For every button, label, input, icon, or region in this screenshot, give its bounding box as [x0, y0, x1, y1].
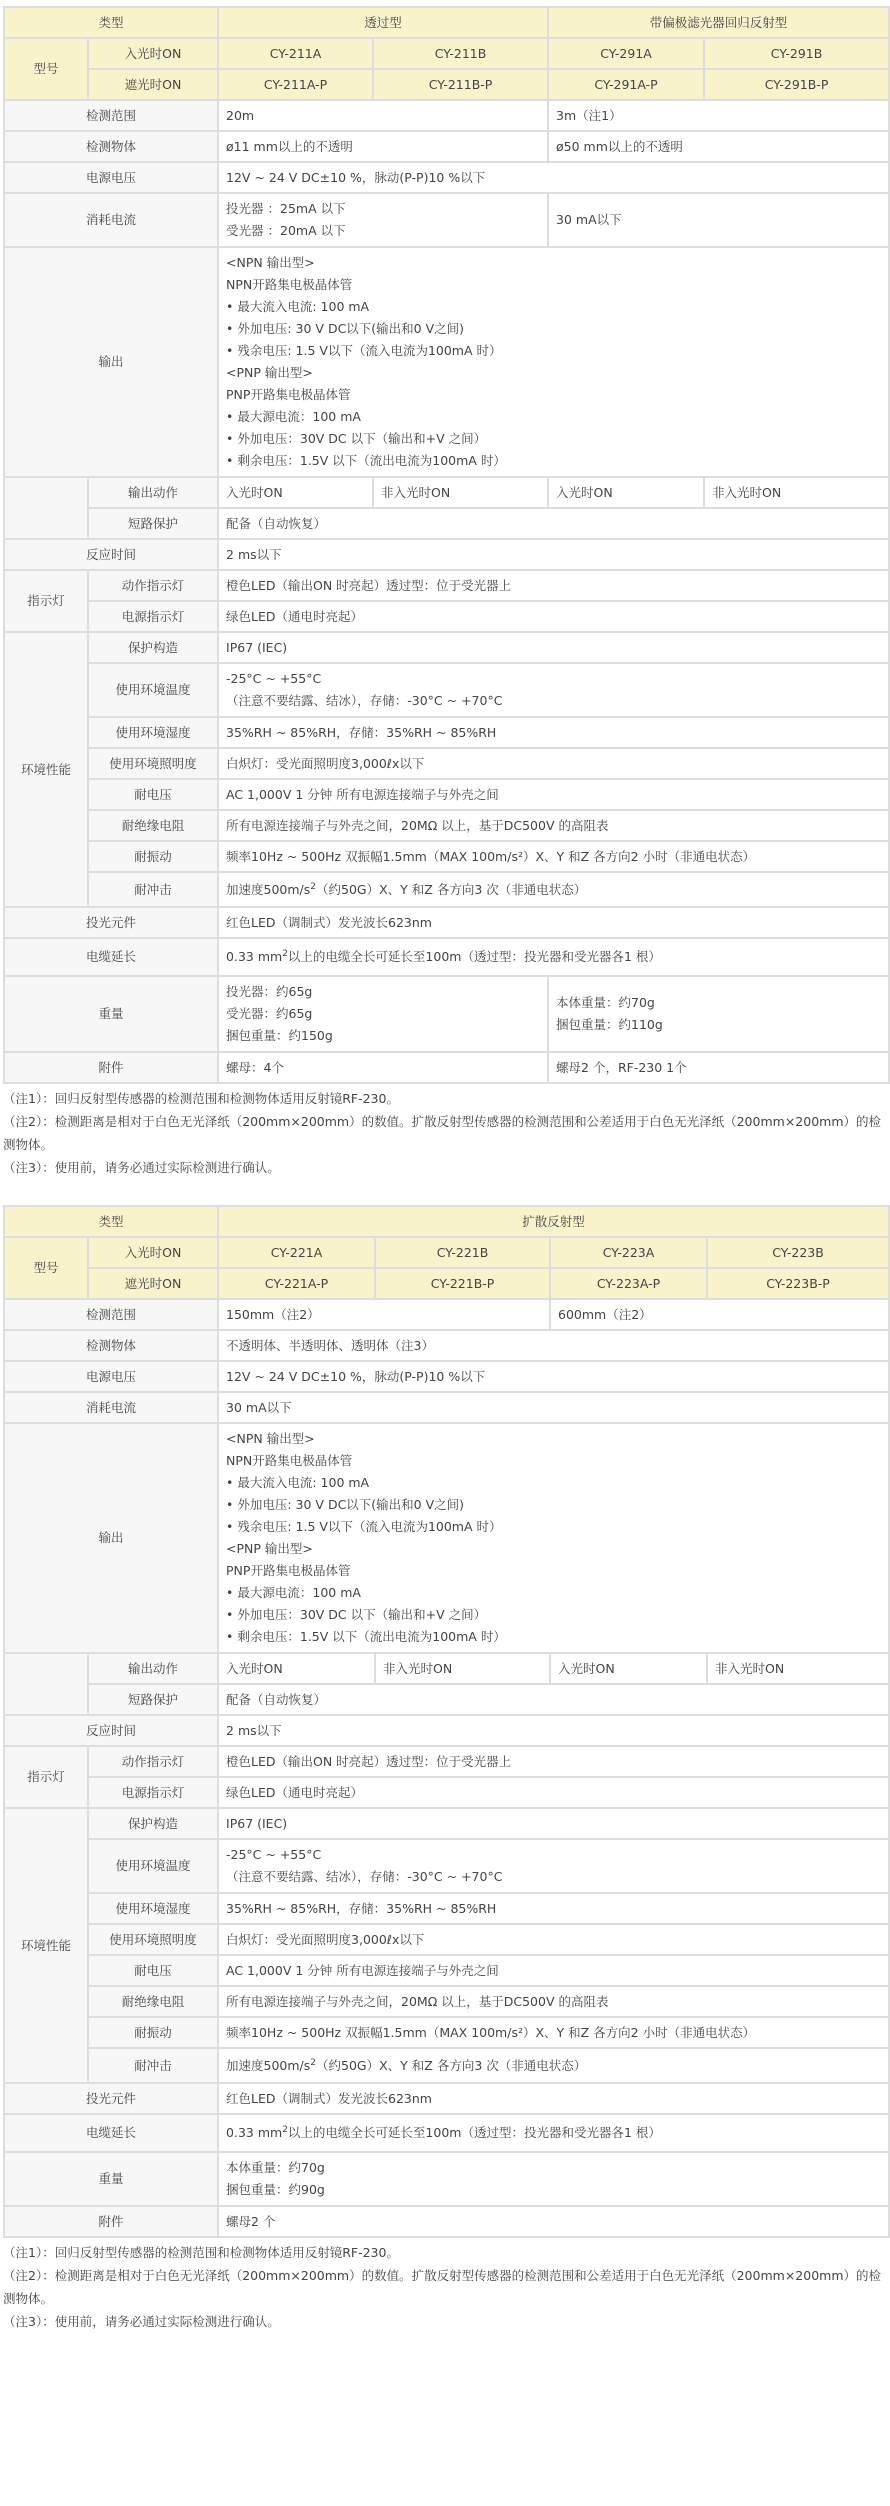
cell-value: 入光时ON	[548, 477, 704, 508]
row-label: 检测物体	[4, 131, 218, 162]
row-label: 电缆延长	[4, 938, 218, 976]
row-ambient-illuminance: 使用环境照明度 白炽灯：受光面照明度3,000ℓx以下	[4, 748, 889, 779]
row-label: 耐振动	[88, 2017, 218, 2048]
type-group-diffuse: 扩散反射型	[218, 1206, 889, 1237]
page: 类型 透过型 带偏极滤光器回归反射型 型号 入光时ON CY-211A CY-2…	[0, 0, 890, 2333]
row-label: 输出动作	[88, 1653, 218, 1684]
header-row-on-light: 型号 入光时ON CY-211A CY-211B CY-291A CY-291B	[4, 38, 889, 69]
row-label: 重量	[4, 2152, 218, 2206]
row-detection-object: 检测物体 ø11 mm以上的不透明 ø50 mm以上的不透明	[4, 131, 889, 162]
spec-table-transmissive-retroreflective: 类型 透过型 带偏极滤光器回归反射型 型号 入光时ON CY-211A CY-2…	[3, 6, 890, 1084]
cell-value: 0.33 mm2以上的电缆全长可延长至100m（透过型：投光器和受光器各1 根）	[218, 938, 889, 976]
row-label: 输出	[4, 1423, 218, 1653]
cell-value: 非入光时ON	[375, 1653, 550, 1684]
row-label: 反应时间	[4, 1715, 218, 1746]
row-label: 动作指示灯	[88, 570, 218, 601]
cell-value: 3m（注1）	[548, 100, 889, 131]
model-label: 型号	[4, 1237, 88, 1299]
model-cell: CY-211B-P	[373, 69, 548, 100]
row-label: 使用环境温度	[88, 663, 218, 717]
section-gap	[3, 1179, 888, 1205]
note-3: （注3）：使用前，请务必通过实际检测进行确认。	[3, 2310, 888, 2333]
value-text: 0.33 mm	[226, 2125, 282, 2140]
cell-value: 本体重量：约70g 捆包重量：约90g	[218, 2152, 889, 2206]
value-line: 受光器：约65g	[226, 1003, 540, 1025]
cell-value: 入光时ON	[218, 477, 373, 508]
row-emitter: 投光元件 红色LED（调制式）发光波长623nm	[4, 2083, 889, 2114]
row-label: 附件	[4, 1052, 218, 1083]
cell-value: 600mm（注2）	[550, 1299, 889, 1330]
model-cell: CY-291A	[548, 38, 704, 69]
cell-value: 入光时ON	[218, 1653, 375, 1684]
group-label-environment: 环境性能	[4, 1808, 88, 2083]
value-text: 加速度500m/s	[226, 2058, 310, 2073]
header-row-on-dark: 遮光时ON CY-211A-P CY-211B-P CY-291A-P CY-2…	[4, 69, 889, 100]
model-cell: CY-211B	[373, 38, 548, 69]
model-cell: CY-221A	[218, 1237, 375, 1268]
cell-value: 橙色LED（输出ON 时亮起）透过型：位于受光器上	[218, 1746, 889, 1777]
cell-value: 0.33 mm2以上的电缆全长可延长至100m（透过型：投光器和受光器各1 根）	[218, 2114, 889, 2152]
row-label: 电源电压	[4, 1361, 218, 1392]
cell-value: 非入光时ON	[704, 477, 889, 508]
model-cell: CY-211A-P	[218, 69, 373, 100]
type-label: 类型	[4, 1206, 218, 1237]
row-label: 使用环境湿度	[88, 1893, 218, 1924]
cell-value: 30 mA以下	[548, 193, 889, 247]
cell-value: 35%RH ~ 85%RH，存储：35%RH ~ 85%RH	[218, 1893, 889, 1924]
value-line: <PNP 输出型>	[226, 362, 881, 384]
cell-value: 20m	[218, 100, 548, 131]
cell-value: 白炽灯：受光面照明度3,000ℓx以下	[218, 1924, 889, 1955]
row-power-indicator: 电源指示灯 绿色LED（通电时亮起）	[4, 1777, 889, 1808]
model-cell: CY-211A	[218, 38, 373, 69]
cell-value: 150mm（注2）	[218, 1299, 550, 1330]
value-line: • 外加电压：30V DC 以下（输出和+V 之间）	[226, 428, 881, 450]
row-output: 输出 <NPN 输出型> NPN开路集电极晶体管 • 最大流入电流: 100 m…	[4, 1423, 889, 1653]
notes-table1: （注1）：回归反射型传感器的检测范围和检测物体适用反射镜RF-230。 （注2）…	[3, 1084, 888, 1179]
row-ambient-illuminance: 使用环境照明度 白炽灯：受光面照明度3,000ℓx以下	[4, 1924, 889, 1955]
cell-value: 加速度500m/s2（约50G）X、Y 和Z 各方向3 次（非通电状态）	[218, 2048, 889, 2083]
row-cable-extension: 电缆延长 0.33 mm2以上的电缆全长可延长至100m（透过型：投光器和受光器…	[4, 2114, 889, 2152]
row-ambient-temp: 使用环境温度 -25°C ~ +55°C （注意不要结露、结冰），存储：-30°…	[4, 663, 889, 717]
note-2: （注2）：检测距离是相对于白色无光泽纸（200mm×200mm）的数值。扩散反射…	[3, 1110, 888, 1156]
row-vibration: 耐振动 频率10Hz ~ 500Hz 双振幅1.5mm（MAX 100m/s²）…	[4, 2017, 889, 2048]
row-supply-voltage: 电源电压 12V ~ 24 V DC±10 %，脉动(P-P)10 %以下	[4, 162, 889, 193]
row-ambient-humidity: 使用环境湿度 35%RH ~ 85%RH，存储：35%RH ~ 85%RH	[4, 1893, 889, 1924]
note-2: （注2）：检测距离是相对于白色无光泽纸（200mm×200mm）的数值。扩散反射…	[3, 2264, 888, 2310]
row-label: 耐冲击	[88, 2048, 218, 2083]
row-weight: 重量 本体重量：约70g 捆包重量：约90g	[4, 2152, 889, 2206]
model-cell: CY-223B	[707, 1237, 889, 1268]
cell-value: 2 ms以下	[218, 1715, 889, 1746]
row-insulation-resistance: 耐绝缘电阻 所有电源连接端子与外壳之间，20MΩ 以上，基于DC500V 的高阻…	[4, 810, 889, 841]
value-line: • 最大流入电流: 100 mA	[226, 296, 881, 318]
cell-value: 投光器 ：25mA 以下 受光器 ：20mA 以下	[218, 193, 548, 247]
cell-value: 入光时ON	[550, 1653, 707, 1684]
row-power-indicator: 电源指示灯 绿色LED（通电时亮起）	[4, 601, 889, 632]
row-label: 使用环境照明度	[88, 748, 218, 779]
value-line: <NPN 输出型>	[226, 1428, 881, 1450]
row-shock: 耐冲击 加速度500m/s2（约50G）X、Y 和Z 各方向3 次（非通电状态）	[4, 872, 889, 907]
row-label: 电源指示灯	[88, 1777, 218, 1808]
row-label: 消耗电流	[4, 193, 218, 247]
row-label: 短路保护	[88, 508, 218, 539]
row-current-consumption: 消耗电流 投光器 ：25mA 以下 受光器 ：20mA 以下 30 mA以下	[4, 193, 889, 247]
row-insulation-resistance: 耐绝缘电阻 所有电源连接端子与外壳之间，20MΩ 以上，基于DC500V 的高阻…	[4, 1986, 889, 2017]
row-label: 消耗电流	[4, 1392, 218, 1423]
value-line: • 外加电压: 30 V DC以下(输出和0 V之间)	[226, 318, 881, 340]
row-label: 检测物体	[4, 1330, 218, 1361]
row-label: 保护构造	[88, 1808, 218, 1839]
row-label: 使用环境温度	[88, 1839, 218, 1893]
row-label: 动作指示灯	[88, 1746, 218, 1777]
row-label: 使用环境照明度	[88, 1924, 218, 1955]
cell-value: AC 1,000V 1 分钟 所有电源连接端子与外壳之间	[218, 779, 889, 810]
row-label: 电源指示灯	[88, 601, 218, 632]
row-detection-object: 检测物体 不透明体、半透明体、透明体（注3）	[4, 1330, 889, 1361]
value-line: （注意不要结露、结冰），存储：-30°C ~ +70°C	[226, 1866, 881, 1888]
row-label: 保护构造	[88, 632, 218, 663]
value-line: • 最大源电流：100 mA	[226, 1582, 881, 1604]
value-line: • 残余电压: 1.5 V以下（流入电流为100mA 时）	[226, 340, 881, 362]
type-label: 类型	[4, 7, 218, 38]
value-line: • 最大源电流：100 mA	[226, 406, 881, 428]
cell-value: 12V ~ 24 V DC±10 %，脉动(P-P)10 %以下	[218, 162, 889, 193]
model-cell: CY-223B-P	[707, 1268, 889, 1299]
cell-value: ø50 mm以上的不透明	[548, 131, 889, 162]
group-label-indicator: 指示灯	[4, 1746, 88, 1808]
cell-value: 红色LED（调制式）发光波长623nm	[218, 907, 889, 938]
row-protection: 环境性能 保护构造 IP67 (IEC)	[4, 1808, 889, 1839]
cell-value: ø11 mm以上的不透明	[218, 131, 548, 162]
row-current-consumption: 消耗电流 30 mA以下	[4, 1392, 889, 1423]
value-line: • 外加电压: 30 V DC以下(输出和0 V之间)	[226, 1494, 881, 1516]
cell-value: 2 ms以下	[218, 539, 889, 570]
on-dark-label: 遮光时ON	[88, 69, 218, 100]
row-label: 短路保护	[88, 1684, 218, 1715]
value-line: • 最大流入电流: 100 mA	[226, 1472, 881, 1494]
row-label: 投光元件	[4, 2083, 218, 2114]
cell-value: 35%RH ~ 85%RH，存储：35%RH ~ 85%RH	[218, 717, 889, 748]
value-line: PNP开路集电极晶体管	[226, 1560, 881, 1582]
value-line: -25°C ~ +55°C	[226, 668, 881, 690]
value-line: （注意不要结露、结冰），存储：-30°C ~ +70°C	[226, 690, 881, 712]
value-line: -25°C ~ +55°C	[226, 1844, 881, 1866]
header-row-type: 类型 透过型 带偏极滤光器回归反射型	[4, 7, 889, 38]
row-weight: 重量 投光器：约65g 受光器：约65g 捆包重量：约150g 本体重量：约70…	[4, 976, 889, 1052]
row-label: 耐绝缘电阻	[88, 810, 218, 841]
row-label: 电源电压	[4, 162, 218, 193]
row-supply-voltage: 电源电压 12V ~ 24 V DC±10 %，脉动(P-P)10 %以下	[4, 1361, 889, 1392]
group-label-blank	[4, 1653, 88, 1715]
model-cell: CY-291B-P	[704, 69, 889, 100]
model-cell: CY-221A-P	[218, 1268, 375, 1299]
model-label: 型号	[4, 38, 88, 100]
header-row-type: 类型 扩散反射型	[4, 1206, 889, 1237]
cell-value: -25°C ~ +55°C （注意不要结露、结冰），存储：-30°C ~ +70…	[218, 1839, 889, 1893]
cell-value: 螺母2 个	[218, 2206, 889, 2237]
header-row-on-light: 型号 入光时ON CY-221A CY-221B CY-223A CY-223B	[4, 1237, 889, 1268]
value-text: 加速度500m/s	[226, 882, 310, 897]
cell-value: <NPN 输出型> NPN开路集电极晶体管 • 最大流入电流: 100 mA •…	[218, 1423, 889, 1653]
value-line: • 外加电压：30V DC 以下（输出和+V 之间）	[226, 1604, 881, 1626]
row-response-time: 反应时间 2 ms以下	[4, 539, 889, 570]
value-line: 捆包重量：约150g	[226, 1025, 540, 1047]
row-withstand-voltage: 耐电压 AC 1,000V 1 分钟 所有电源连接端子与外壳之间	[4, 779, 889, 810]
cell-value: 不透明体、半透明体、透明体（注3）	[218, 1330, 889, 1361]
value-line: NPN开路集电极晶体管	[226, 1450, 881, 1472]
group-label-blank	[4, 477, 88, 539]
row-label: 电缆延长	[4, 2114, 218, 2152]
value-text: （约50G）X、Y 和Z 各方向3 次（非通电状态）	[316, 882, 586, 897]
cell-value: IP67 (IEC)	[218, 1808, 889, 1839]
value-text: （约50G）X、Y 和Z 各方向3 次（非通电状态）	[316, 2058, 586, 2073]
row-ambient-humidity: 使用环境湿度 35%RH ~ 85%RH，存储：35%RH ~ 85%RH	[4, 717, 889, 748]
value-line: 捆包重量：约90g	[226, 2179, 881, 2201]
row-label: 重量	[4, 976, 218, 1052]
model-cell: CY-223A	[550, 1237, 707, 1268]
value-line: 捆包重量：约110g	[556, 1014, 881, 1036]
note-1: （注1）：回归反射型传感器的检测范围和检测物体适用反射镜RF-230。	[3, 2241, 888, 2264]
cell-value: 所有电源连接端子与外壳之间，20MΩ 以上，基于DC500V 的高阻表	[218, 1986, 889, 2017]
group-label-indicator: 指示灯	[4, 570, 88, 632]
row-accessory: 附件 螺母：4个 螺母2 个，RF-230 1个	[4, 1052, 889, 1083]
cell-value: 投光器：约65g 受光器：约65g 捆包重量：约150g	[218, 976, 548, 1052]
row-action-indicator: 指示灯 动作指示灯 橙色LED（输出ON 时亮起）透过型：位于受光器上	[4, 570, 889, 601]
value-line: • 剩余电压：1.5V 以下（流出电流为100mA 时）	[226, 1626, 881, 1648]
row-accessory: 附件 螺母2 个	[4, 2206, 889, 2237]
model-cell: CY-291B	[704, 38, 889, 69]
cell-value: 白炽灯：受光面照明度3,000ℓx以下	[218, 748, 889, 779]
row-protection: 环境性能 保护构造 IP67 (IEC)	[4, 632, 889, 663]
cell-value: 配备（自动恢复）	[218, 1684, 889, 1715]
notes-table2: （注1）：回归反射型传感器的检测范围和检测物体适用反射镜RF-230。 （注2）…	[3, 2238, 888, 2333]
row-output: 输出 <NPN 输出型> NPN开路集电极晶体管 • 最大流入电流: 100 m…	[4, 247, 889, 477]
cell-value: 橙色LED（输出ON 时亮起）透过型：位于受光器上	[218, 570, 889, 601]
row-label: 检测范围	[4, 1299, 218, 1330]
model-cell: CY-291A-P	[548, 69, 704, 100]
cell-value: 非入光时ON	[373, 477, 548, 508]
model-cell: CY-223A-P	[550, 1268, 707, 1299]
row-withstand-voltage: 耐电压 AC 1,000V 1 分钟 所有电源连接端子与外壳之间	[4, 1955, 889, 1986]
note-3: （注3）：使用前，请务必通过实际检测进行确认。	[3, 1156, 888, 1179]
value-line: 本体重量：约70g	[226, 2157, 881, 2179]
value-line: • 残余电压: 1.5 V以下（流入电流为100mA 时）	[226, 1516, 881, 1538]
cell-value: 绿色LED（通电时亮起）	[218, 1777, 889, 1808]
row-short-protection: 短路保护 配备（自动恢复）	[4, 1684, 889, 1715]
row-label: 输出	[4, 247, 218, 477]
row-label: 耐绝缘电阻	[88, 1986, 218, 2017]
row-label: 附件	[4, 2206, 218, 2237]
row-label: 投光元件	[4, 907, 218, 938]
cell-value: 绿色LED（通电时亮起）	[218, 601, 889, 632]
row-label: 耐电压	[88, 779, 218, 810]
row-short-protection: 短路保护 配备（自动恢复）	[4, 508, 889, 539]
cell-value: 配备（自动恢复）	[218, 508, 889, 539]
value-line: NPN开路集电极晶体管	[226, 274, 881, 296]
row-cable-extension: 电缆延长 0.33 mm2以上的电缆全长可延长至100m（透过型：投光器和受光器…	[4, 938, 889, 976]
spec-table-diffuse-reflective: 类型 扩散反射型 型号 入光时ON CY-221A CY-221B CY-223…	[3, 1205, 890, 2238]
group-label-environment: 环境性能	[4, 632, 88, 907]
cell-value: 非入光时ON	[707, 1653, 889, 1684]
cell-value: 12V ~ 24 V DC±10 %，脉动(P-P)10 %以下	[218, 1361, 889, 1392]
row-label: 使用环境湿度	[88, 717, 218, 748]
type-group-retroreflective: 带偏极滤光器回归反射型	[548, 7, 889, 38]
row-emitter: 投光元件 红色LED（调制式）发光波长623nm	[4, 907, 889, 938]
cell-value: -25°C ~ +55°C （注意不要结露、结冰），存储：-30°C ~ +70…	[218, 663, 889, 717]
row-detection-range: 检测范围 150mm（注2） 600mm（注2）	[4, 1299, 889, 1330]
cell-value: IP67 (IEC)	[218, 632, 889, 663]
value-line: 受光器 ：20mA 以下	[226, 220, 540, 242]
value-line: 本体重量：约70g	[556, 992, 881, 1014]
value-line: <NPN 输出型>	[226, 252, 881, 274]
row-output-action: 输出动作 入光时ON 非入光时ON 入光时ON 非入光时ON	[4, 477, 889, 508]
cell-value: 30 mA以下	[218, 1392, 889, 1423]
row-output-action: 输出动作 入光时ON 非入光时ON 入光时ON 非入光时ON	[4, 1653, 889, 1684]
row-label: 输出动作	[88, 477, 218, 508]
cell-value: 所有电源连接端子与外壳之间，20MΩ 以上，基于DC500V 的高阻表	[218, 810, 889, 841]
value-line: PNP开路集电极晶体管	[226, 384, 881, 406]
value-line: 投光器 ：25mA 以下	[226, 198, 540, 220]
cell-value: 红色LED（调制式）发光波长623nm	[218, 2083, 889, 2114]
on-light-label: 入光时ON	[88, 1237, 218, 1268]
value-line: • 剩余电压：1.5V 以下（流出电流为100mA 时）	[226, 450, 881, 472]
value-line: <PNP 输出型>	[226, 1538, 881, 1560]
cell-value: <NPN 输出型> NPN开路集电极晶体管 • 最大流入电流: 100 mA •…	[218, 247, 889, 477]
row-label: 耐电压	[88, 1955, 218, 1986]
cell-value: 本体重量：约70g 捆包重量：约110g	[548, 976, 889, 1052]
value-text: 以上的电缆全长可延长至100m（透过型：投光器和受光器各1 根）	[288, 949, 661, 964]
row-label: 耐冲击	[88, 872, 218, 907]
type-group-transmissive: 透过型	[218, 7, 548, 38]
row-shock: 耐冲击 加速度500m/s2（约50G）X、Y 和Z 各方向3 次（非通电状态）	[4, 2048, 889, 2083]
row-detection-range: 检测范围 20m 3m（注1）	[4, 100, 889, 131]
row-label: 检测范围	[4, 100, 218, 131]
cell-value: 频率10Hz ~ 500Hz 双振幅1.5mm（MAX 100m/s²）X、Y …	[218, 2017, 889, 2048]
row-response-time: 反应时间 2 ms以下	[4, 1715, 889, 1746]
on-dark-label: 遮光时ON	[88, 1268, 218, 1299]
note-1: （注1）：回归反射型传感器的检测范围和检测物体适用反射镜RF-230。	[3, 1087, 888, 1110]
cell-value: 螺母2 个，RF-230 1个	[548, 1052, 889, 1083]
cell-value: 螺母：4个	[218, 1052, 548, 1083]
row-vibration: 耐振动 频率10Hz ~ 500Hz 双振幅1.5mm（MAX 100m/s²）…	[4, 841, 889, 872]
value-line: 投光器：约65g	[226, 981, 540, 1003]
row-label: 耐振动	[88, 841, 218, 872]
on-light-label: 入光时ON	[88, 38, 218, 69]
header-row-on-dark: 遮光时ON CY-221A-P CY-221B-P CY-223A-P CY-2…	[4, 1268, 889, 1299]
model-cell: CY-221B-P	[375, 1268, 550, 1299]
row-action-indicator: 指示灯 动作指示灯 橙色LED（输出ON 时亮起）透过型：位于受光器上	[4, 1746, 889, 1777]
cell-value: AC 1,000V 1 分钟 所有电源连接端子与外壳之间	[218, 1955, 889, 1986]
cell-value: 加速度500m/s2（约50G）X、Y 和Z 各方向3 次（非通电状态）	[218, 872, 889, 907]
row-ambient-temp: 使用环境温度 -25°C ~ +55°C （注意不要结露、结冰），存储：-30°…	[4, 1839, 889, 1893]
value-text: 0.33 mm	[226, 949, 282, 964]
value-text: 以上的电缆全长可延长至100m（透过型：投光器和受光器各1 根）	[288, 2125, 661, 2140]
cell-value: 频率10Hz ~ 500Hz 双振幅1.5mm（MAX 100m/s²）X、Y …	[218, 841, 889, 872]
model-cell: CY-221B	[375, 1237, 550, 1268]
row-label: 反应时间	[4, 539, 218, 570]
